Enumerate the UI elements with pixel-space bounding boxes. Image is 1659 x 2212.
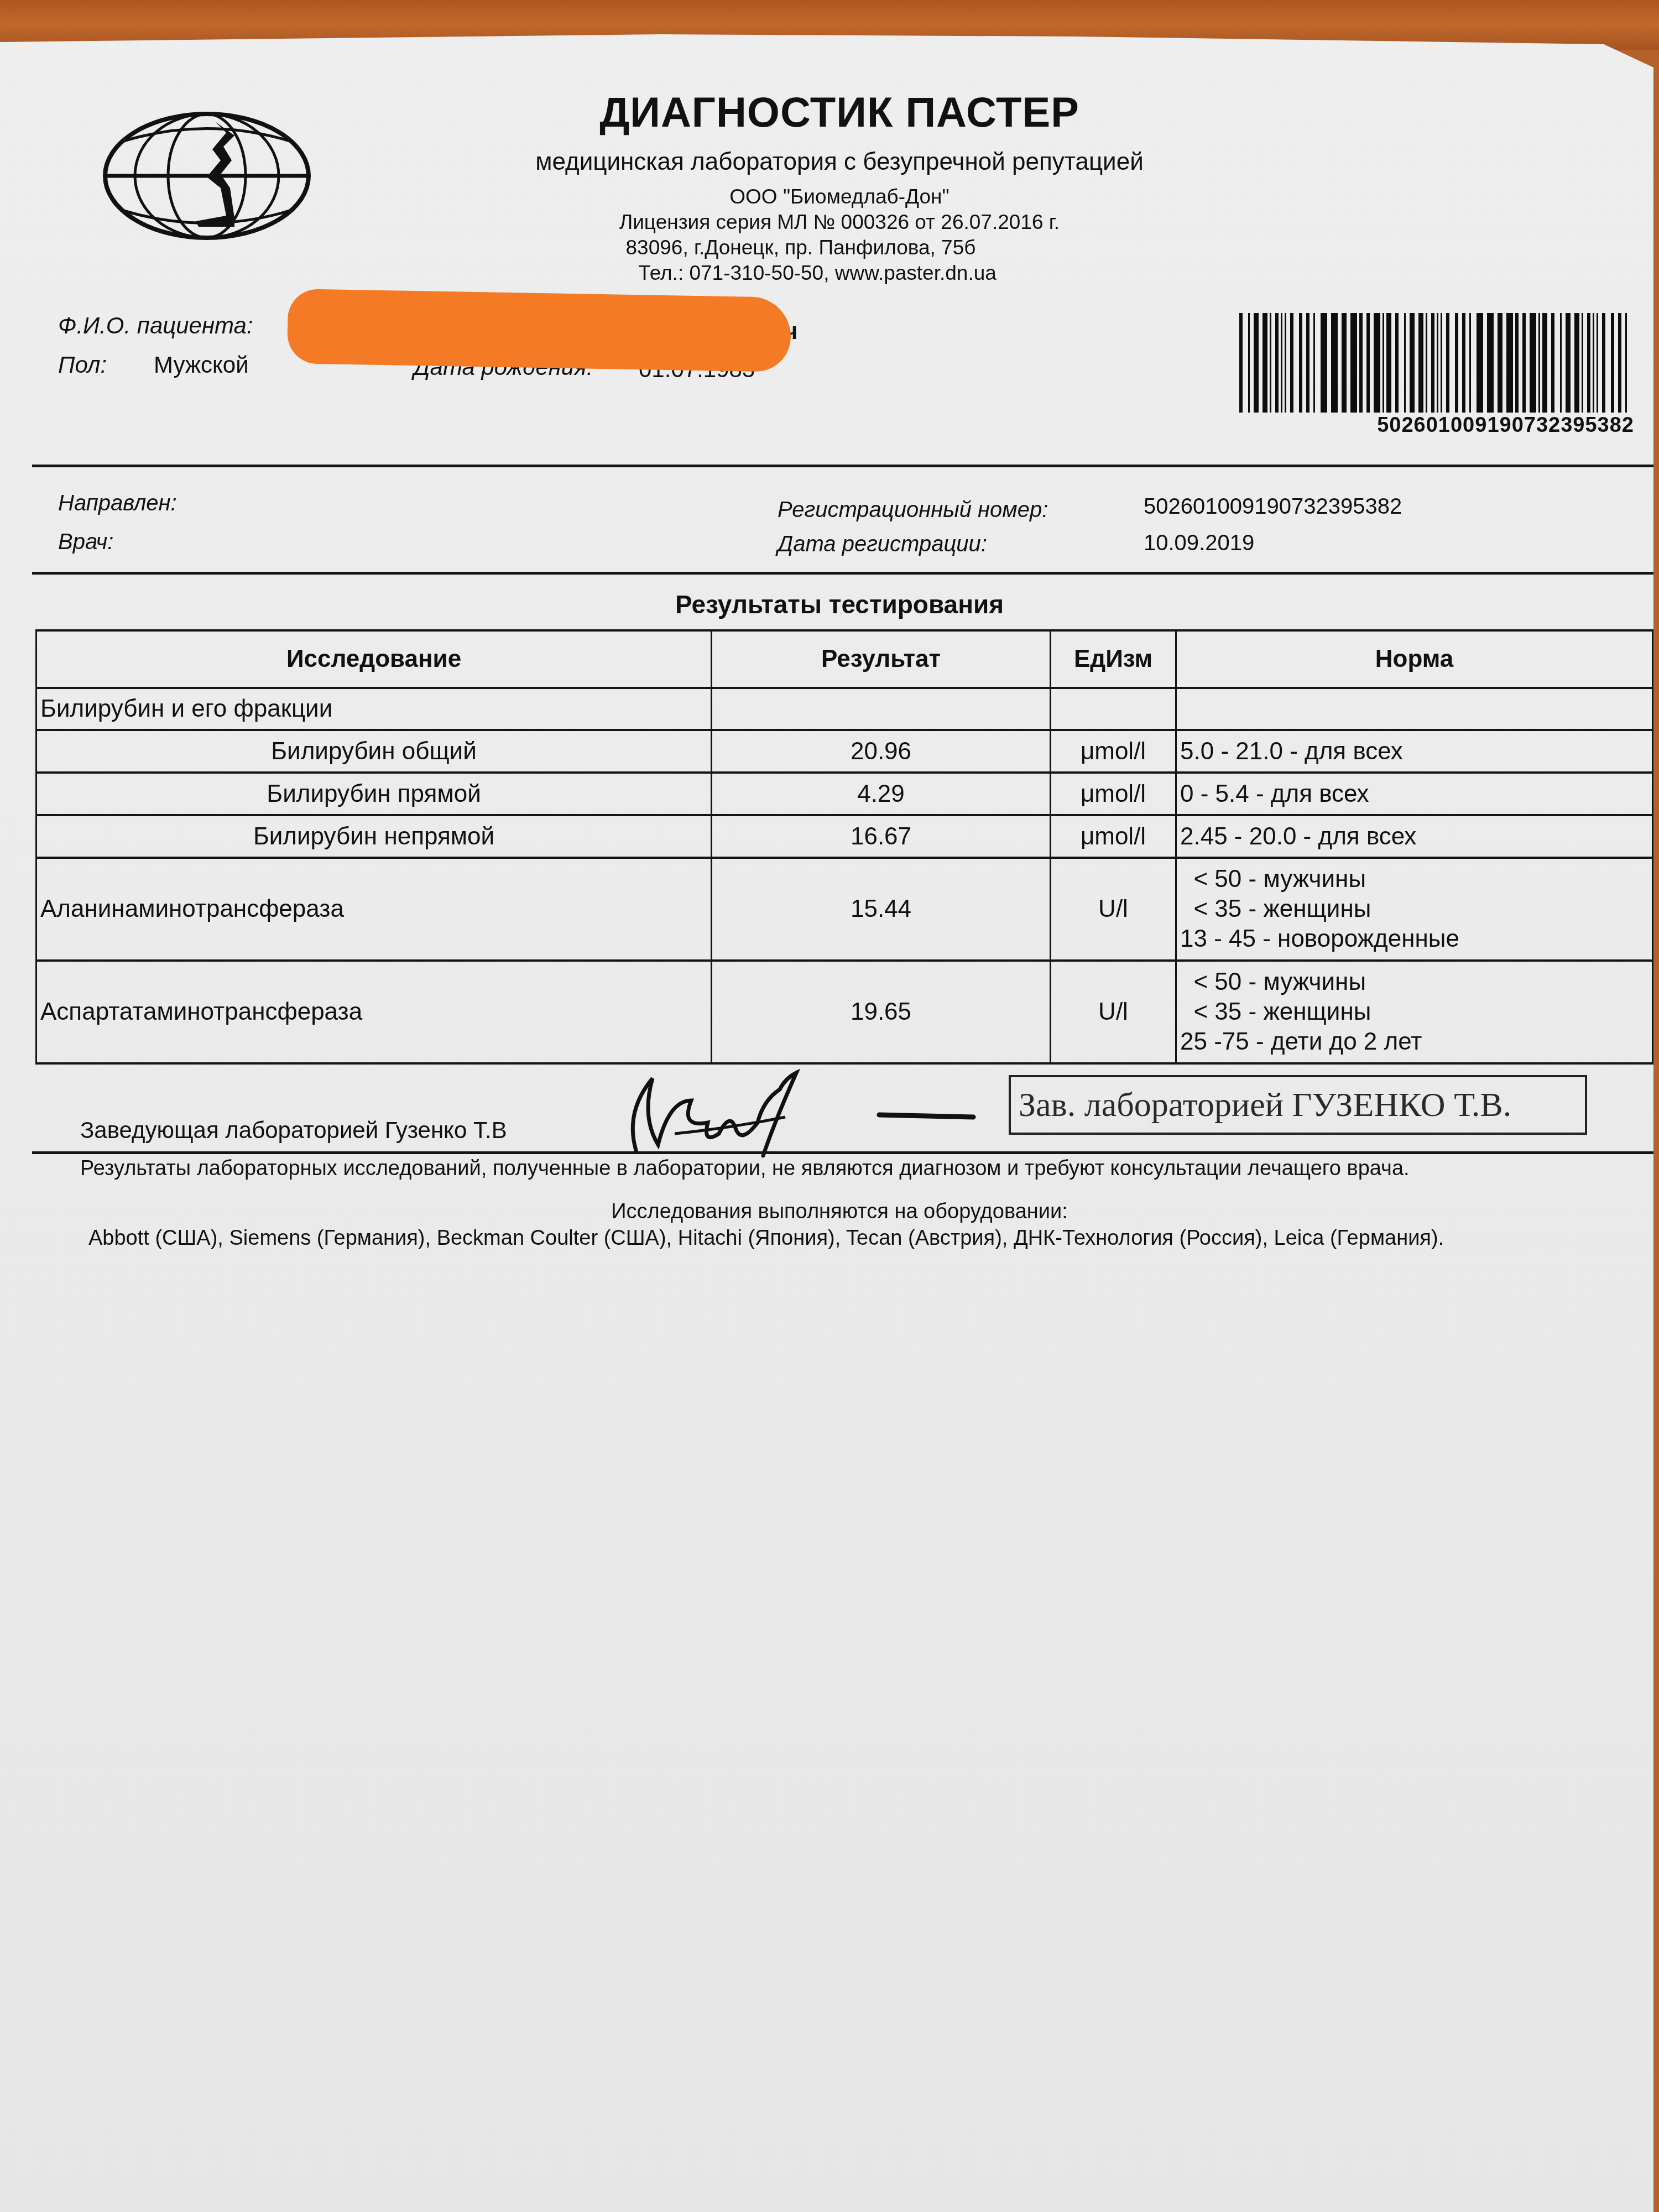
test-result: 19.65	[712, 961, 1051, 1063]
group-label: Билирубин и его фракции	[36, 688, 712, 730]
patient-name-label: Ф.И.О. пациента:	[58, 312, 253, 339]
lab-address: 83096, г.Донецк, пр. Панфилова, 75б	[0, 236, 1640, 259]
test-unit: μmol/l	[1051, 730, 1176, 773]
test-result: 4.29	[712, 773, 1051, 815]
doctor-label: Врач:	[58, 530, 113, 555]
lab-contacts: Тел.: 071-310-50-50, www.paster.dn.ua	[0, 262, 1657, 285]
divider	[32, 465, 1653, 467]
company-name: ООО "Биомедлаб-Дон"	[0, 185, 1659, 208]
test-norm: < 50 - мужчины < 35 - женщины25 -75 - де…	[1176, 961, 1653, 1063]
table-row: Билирубин прямой4.29μmol/l0 - 5.4 - для …	[36, 773, 1653, 815]
test-norm: 0 - 5.4 - для всех	[1176, 773, 1653, 815]
test-result: 16.67	[712, 815, 1051, 858]
test-norm: < 50 - мужчины < 35 - женщины13 - 45 - н…	[1176, 858, 1653, 961]
norm-line: 2.45 - 20.0 - для всех	[1180, 822, 1648, 852]
test-unit: U/l	[1051, 961, 1176, 1063]
test-unit: μmol/l	[1051, 815, 1176, 858]
col-unit: ЕдИзм	[1051, 630, 1176, 688]
results-table: Исследование Результат ЕдИзм Норма Билир…	[35, 629, 1653, 1065]
test-unit: U/l	[1051, 858, 1176, 961]
test-norm: 2.45 - 20.0 - для всех	[1176, 815, 1653, 858]
barcode-number: 50260100919073239538​2	[1236, 414, 1634, 437]
handwritten-signature-icon	[619, 1067, 984, 1161]
col-result: Результат	[712, 630, 1051, 688]
norm-line: 5.0 - 21.0 - для всех	[1180, 737, 1648, 766]
reg-date-label: Дата регистрации:	[778, 532, 987, 557]
referred-label: Направлен:	[58, 491, 177, 516]
reg-date-value: 10.09.2019	[1144, 531, 1254, 556]
norm-line: 25 -75 - дети до 2 лет	[1180, 1027, 1648, 1057]
license-info: Лицензия серия МЛ № 000326 от 26.07.2016…	[0, 211, 1659, 234]
reg-number-value: 50260100919073239538​2	[1144, 494, 1402, 519]
test-result: 15.44	[712, 858, 1051, 961]
norm-line: 13 - 45 - новорожденные	[1180, 924, 1648, 954]
equipment-list: Abbott (США), Siemens (Германия), Beckma…	[88, 1227, 1444, 1250]
divider	[32, 572, 1653, 575]
sex-value: Мужской	[154, 352, 249, 378]
barcode-icon	[1236, 313, 1634, 413]
signature-label: Заведующая лабораторией Гузенко Т.В	[80, 1117, 507, 1144]
test-unit: μmol/l	[1051, 773, 1176, 815]
norm-line: < 35 - женщины	[1180, 894, 1648, 924]
table-row: Билирубин общий20.96μmol/l5.0 - 21.0 - д…	[36, 730, 1653, 773]
test-result: 20.96	[712, 730, 1051, 773]
reg-number-label: Регистрационный номер:	[778, 498, 1048, 523]
lab-title: ДИАГНОСТИК ПАСТЕР	[0, 88, 1659, 137]
table-header-row: Исследование Результат ЕдИзм Норма	[36, 630, 1653, 688]
name-redaction	[287, 289, 791, 372]
norm-line: < 35 - женщины	[1180, 997, 1648, 1027]
norm-line: < 50 - мужчины	[1180, 864, 1648, 894]
table-group-row: Билирубин и его фракции	[36, 688, 1653, 730]
test-name: Аланинаминотрансфераза	[36, 858, 712, 961]
test-norm: 5.0 - 21.0 - для всех	[1176, 730, 1653, 773]
col-test: Исследование	[36, 630, 712, 688]
norm-line: < 50 - мужчины	[1180, 967, 1648, 997]
test-name: Билирубин прямой	[36, 773, 712, 815]
results-title: Результаты тестирования	[0, 589, 1659, 619]
signature-stamp: Зав. лабораторией ГУЗЕНКО Т.В.	[1009, 1075, 1587, 1135]
norm-line: 0 - 5.4 - для всех	[1180, 779, 1648, 809]
table-row: Аспартатаминотрансфераза19.65U/l < 50 - …	[36, 961, 1653, 1063]
col-norm: Норма	[1176, 630, 1653, 688]
test-name: Аспартатаминотрансфераза	[36, 961, 712, 1063]
divider	[32, 1151, 1653, 1154]
lab-subtitle: медицинская лаборатория с безупречной ре…	[0, 148, 1659, 176]
table-row: Аланинаминотрансфераза15.44U/l < 50 - му…	[36, 858, 1653, 961]
test-name: Билирубин непрямой	[36, 815, 712, 858]
sex-label: Пол:	[58, 352, 107, 378]
equipment-title: Исследования выполняются на оборудовании…	[0, 1200, 1659, 1224]
disclaimer-text: Результаты лабораторных исследований, по…	[80, 1157, 1410, 1181]
test-name: Билирубин общий	[36, 730, 712, 773]
table-row: Билирубин непрямой16.67μmol/l2.45 - 20.0…	[36, 815, 1653, 858]
